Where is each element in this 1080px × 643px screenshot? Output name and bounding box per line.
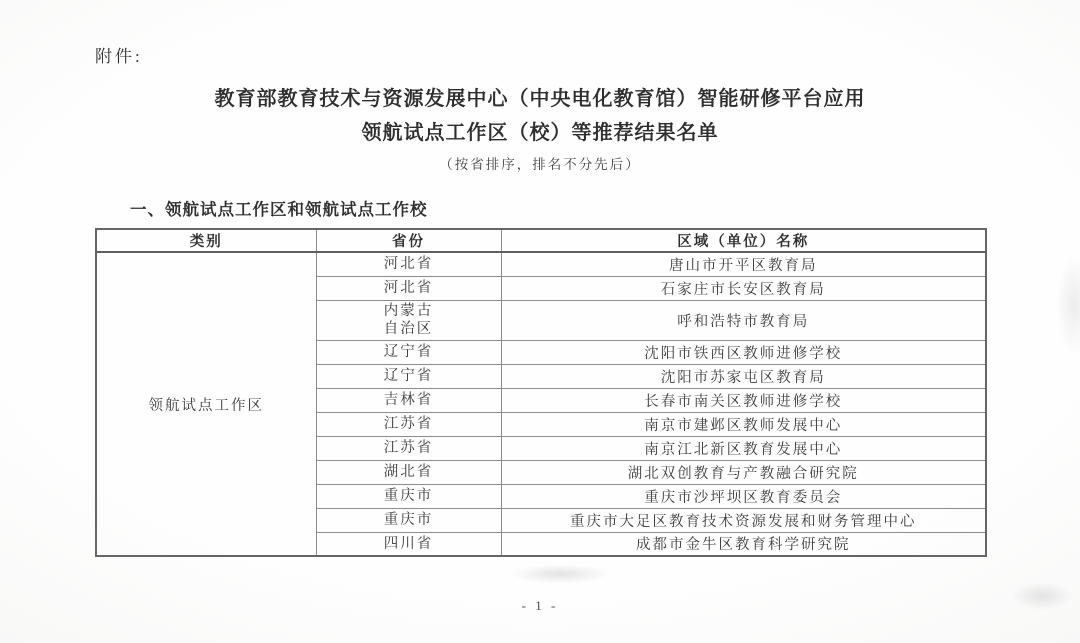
title-line-2: 领航试点工作区（校）等推荐结果名单 [0,116,1080,150]
province-cell: 四川省 [316,532,501,556]
document-page: 附件: 教育部教育技术与资源发展中心（中央电化教育馆）智能研修平台应用 领航试点… [0,0,1080,643]
province-cell: 吉林省 [316,388,501,412]
unit-cell: 石家庄市长安区教育局 [501,276,986,300]
province-cell: 江苏省 [316,436,501,460]
province-cell: 重庆市 [316,508,501,532]
unit-cell: 湖北双创教育与产教融合研究院 [501,460,986,484]
unit-cell: 南京江北新区教育发展中心 [501,436,986,460]
document-title: 教育部教育技术与资源发展中心（中央电化教育馆）智能研修平台应用 领航试点工作区（… [0,82,1080,150]
unit-cell: 唐山市开平区教育局 [501,252,986,276]
category-cell: 领航试点工作区 [96,252,316,556]
unit-cell: 重庆市沙坪坝区教育委员会 [501,484,986,508]
unit-cell: 南京市建邺区教师发展中心 [501,412,986,436]
province-cell: 江苏省 [316,412,501,436]
unit-cell: 沈阳市铁西区教师进修学校 [501,340,986,364]
unit-cell: 呼和浩特市教育局 [501,300,986,340]
province-cell: 辽宁省 [316,364,501,388]
unit-cell: 重庆市大足区教育技术资源发展和财务管理中心 [501,508,986,532]
sorting-note: （按省排序，排名不分先后） [0,153,1080,173]
section-heading: 一、领航试点工作区和领航试点工作校 [130,196,428,220]
attachment-label: 附件: [95,42,143,67]
province-cell: 辽宁省 [316,340,501,364]
province-cell: 河北省 [316,252,501,276]
header-cell-province: 省份 [316,229,501,252]
province-cell: 湖北省 [316,460,501,484]
province-cell: 重庆市 [316,484,501,508]
province-cell: 内蒙古 自治区 [316,300,501,340]
page-number: - 1 - [0,598,1080,614]
header-cell-category: 类别 [96,229,316,252]
table-row: 领航试点工作区 河北省 唐山市开平区教育局 [96,252,986,276]
header-cell-unit-name: 区域（单位）名称 [501,229,986,252]
province-cell: 河北省 [316,276,501,300]
table-header-row: 类别 省份 区域（单位）名称 [96,229,986,252]
unit-cell: 沈阳市苏家屯区教育局 [501,364,986,388]
title-line-1: 教育部教育技术与资源发展中心（中央电化教育馆）智能研修平台应用 [0,82,1080,116]
unit-cell: 长春市南关区教师进修学校 [501,388,986,412]
unit-cell: 成都市金牛区教育科学研究院 [501,532,986,556]
recommendation-table: 类别 省份 区域（单位）名称 领航试点工作区 河北省 唐山市开平区教育局 河北省… [95,228,987,557]
